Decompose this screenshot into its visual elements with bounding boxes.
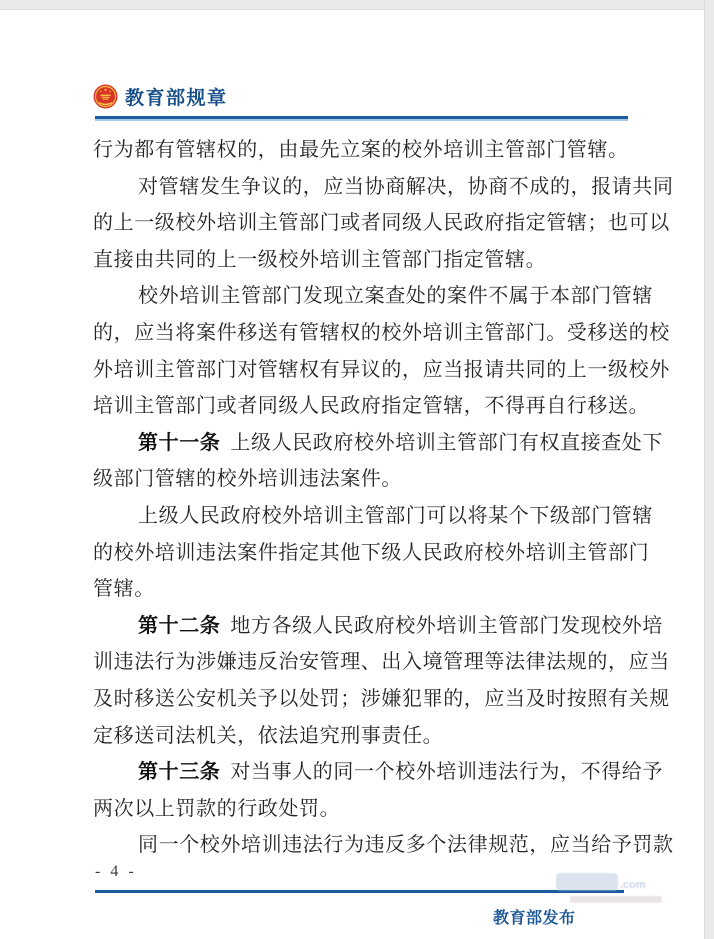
text-line-content: 对管辖发生争议的，应当协商解决，协商不成的，报请共同: [138, 176, 674, 198]
text-line: 管辖。: [93, 571, 638, 608]
text-line: 培训主管部门或者同级人民政府指定管辖，不得再自行移送。: [93, 388, 638, 425]
text-line-content: 行为都有管辖权的，由最先立案的校外培训主管部门管辖。: [93, 139, 629, 161]
text-line-content: 训违法行为涉嫌违反治安管理、出入境管理等法律法规的，应当: [93, 651, 670, 673]
text-line: 及时移送公安机关予以处罚；涉嫌犯罪的，应当及时按照有关规: [93, 681, 638, 718]
national-emblem-icon: [93, 84, 118, 109]
page-header: 教育部规章: [93, 83, 228, 110]
text-line: 的校外培训违法案件指定其他下级人民政府校外培训主管部门: [93, 535, 638, 572]
publisher-label: 教育部发布: [493, 905, 576, 928]
text-line-content: 培训主管部门或者同级人民政府指定管辖，不得再自行移送。: [93, 395, 649, 417]
text-line-content: 管辖。: [93, 578, 155, 600]
text-line-content: 直接由共同的上一级校外培训主管部门指定管辖。: [93, 249, 546, 271]
viewer-edge-right: [704, 0, 714, 939]
text-line-content: 的上一级校外培训主管部门或者同级人民政府指定管辖；也可以: [93, 212, 670, 234]
text-line: 训违法行为涉嫌违反治安管理、出入境管理等法律法规的，应当: [93, 644, 638, 681]
text-line-content: 的校外培训违法案件指定其他下级人民政府校外培训主管部门: [93, 542, 649, 564]
article-number: 第十二条: [138, 615, 220, 637]
viewer-edge-top: [0, 0, 714, 10]
article-number: 第十三条: [138, 761, 220, 783]
watermark-blob: [556, 873, 618, 891]
document-page: 教育部规章 行为都有管辖权的，由最先立案的校外培训主管部门管辖。对管辖发生争议的…: [0, 0, 714, 939]
text-line: 行为都有管辖权的，由最先立案的校外培训主管部门管辖。: [93, 132, 638, 169]
header-title: 教育部规章: [125, 83, 228, 110]
text-line-content: 上级人民政府校外培训主管部门可以将某个下级部门管辖: [138, 505, 653, 527]
text-line: 对管辖发生争议的，应当协商解决，协商不成的，报请共同: [93, 169, 638, 206]
text-line-content: 同一个校外培训违法行为违反多个法律规范，应当给予罚款: [138, 834, 674, 856]
watermark-subrow: [570, 896, 662, 903]
text-line: 定移送司法机关，依法追究刑事责任。: [93, 718, 638, 755]
text-line-content: 外培训主管部门对管辖权有异议的，应当报请共同的上一级校外: [93, 359, 670, 381]
text-line: 第十一条上级人民政府校外培训主管部门有权直接查处下: [93, 425, 638, 462]
header-rule: [95, 116, 628, 121]
text-line-content: 地方各级人民政府校外培训主管部门发现校外培: [230, 615, 663, 637]
text-line-content: 上级人民政府校外培训主管部门有权直接查处下: [230, 432, 663, 454]
text-line: 的，应当将案件移送有管辖权的校外培训主管部门。受移送的校: [93, 315, 638, 352]
text-line-content: 级部门管辖的校外培训违法案件。: [93, 468, 402, 490]
text-line: 两次以上罚款的行政处罚。: [93, 791, 638, 828]
text-line-content: 两次以上罚款的行政处罚。: [93, 798, 340, 820]
text-line: 同一个校外培训违法行为违反多个法律规范，应当给予罚款: [93, 827, 638, 864]
text-line-content: 定移送司法机关，依法追究刑事责任。: [93, 725, 443, 747]
text-line: 第十二条地方各级人民政府校外培训主管部门发现校外培: [93, 608, 638, 645]
text-line-content: 校外培训主管部门发现立案查处的案件不属于本部门管辖: [138, 285, 653, 307]
text-line: 级部门管辖的校外培训违法案件。: [93, 461, 638, 498]
text-line: 校外培训主管部门发现立案查处的案件不属于本部门管辖: [93, 278, 638, 315]
site-watermark: .com: [556, 873, 686, 903]
text-line: 的上一级校外培训主管部门或者同级人民政府指定管辖；也可以: [93, 205, 638, 242]
text-line: 第十三条对当事人的同一个校外培训违法行为，不得给予: [93, 754, 638, 791]
page-number: - 4 -: [95, 863, 137, 881]
document-lines: 行为都有管辖权的，由最先立案的校外培训主管部门管辖。对管辖发生争议的，应当协商解…: [93, 132, 638, 864]
text-line-content: 对当事人的同一个校外培训违法行为，不得给予: [230, 761, 663, 783]
text-line-content: 的，应当将案件移送有管辖权的校外培训主管部门。受移送的校: [93, 322, 670, 344]
article-number: 第十一条: [138, 432, 220, 454]
text-line: 外培训主管部门对管辖权有异议的，应当报请共同的上一级校外: [93, 352, 638, 389]
text-line: 上级人民政府校外培训主管部门可以将某个下级部门管辖: [93, 498, 638, 535]
footer-rule: [95, 890, 624, 893]
text-line: 直接由共同的上一级校外培训主管部门指定管辖。: [93, 242, 638, 279]
text-line-content: 及时移送公安机关予以处罚；涉嫌犯罪的，应当及时按照有关规: [93, 688, 670, 710]
watermark-logo: .com: [556, 873, 686, 891]
